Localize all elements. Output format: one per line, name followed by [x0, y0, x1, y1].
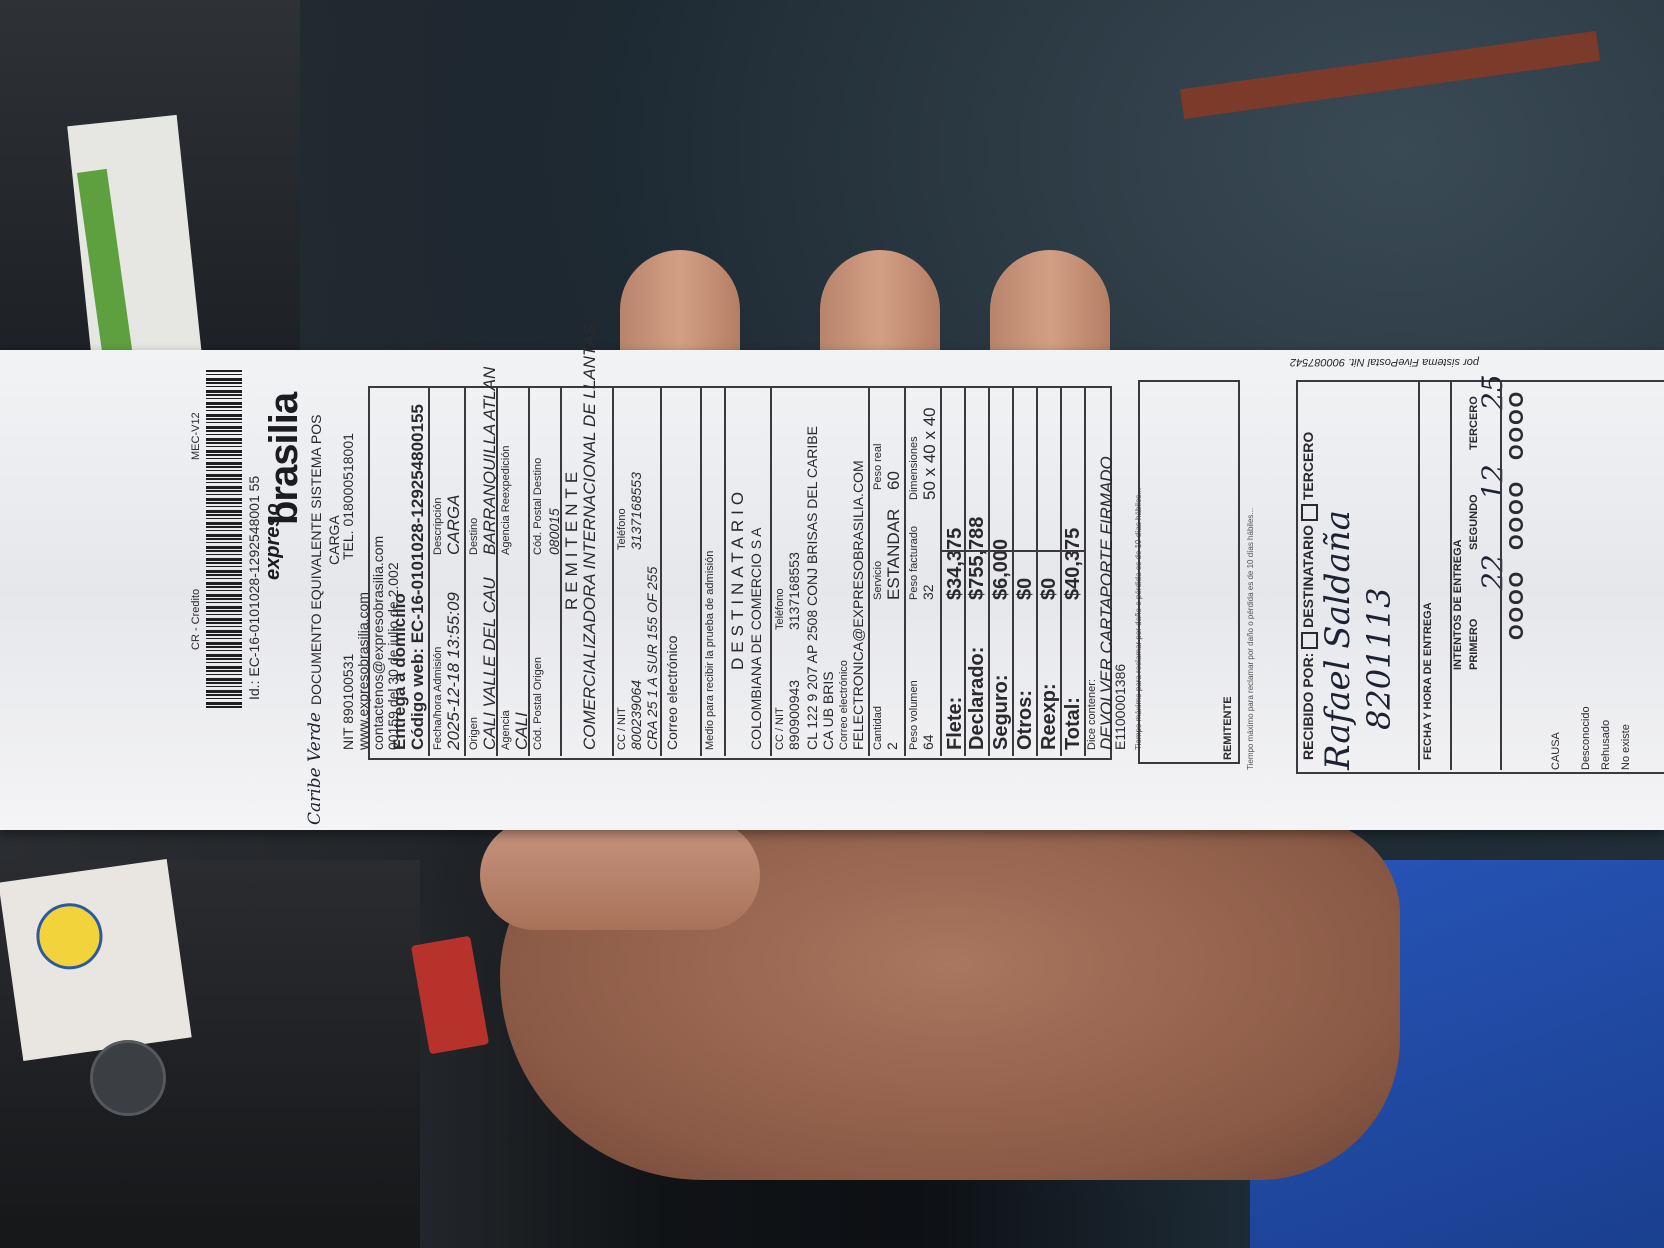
attempt-circles-2: OOOO: [1506, 480, 1529, 550]
recipient-phone-value: 3137168553: [786, 552, 802, 630]
dimensions-value: 50 x 40 x 40: [920, 407, 940, 500]
divider: [724, 386, 726, 756]
attempt-circles-1: OOOO: [1506, 570, 1529, 640]
real-weight-value: 60: [884, 471, 904, 490]
divider: [868, 386, 870, 756]
charge-value-other: $0: [1014, 578, 1037, 600]
divider: [528, 386, 530, 756]
payment-type: CR - Credito: [190, 589, 202, 650]
sender-email-label: Correo electrónico: [664, 636, 680, 750]
attempt-third-value: 25: [1476, 374, 1509, 410]
attempt-first-label: PRIMERO: [1468, 619, 1480, 670]
signature-id: 8201113: [1360, 587, 1398, 730]
divider: [612, 386, 614, 756]
company-phone: TEL. 018000518001: [340, 433, 356, 560]
cartoon-sticker: [0, 859, 192, 1061]
sender-name: COMERCIALIZADORA INTERNACIONAL DE LLANTA…: [580, 324, 600, 750]
sender-heading: REMITENTE: [562, 467, 582, 610]
sender-address: CRA 25 1 A SUR 155 OF 255: [644, 567, 660, 750]
origin-label: Origen: [468, 717, 480, 750]
radio-knob: [90, 1040, 166, 1116]
divider: [660, 386, 662, 756]
charge-label-other: Otros:: [1014, 690, 1037, 750]
attempts-heading: INTENTOS DE ENTREGA: [1452, 539, 1464, 670]
nit: NIT 890100531: [340, 654, 356, 750]
description-value: CARGA: [444, 495, 464, 555]
recipient-id-value: 890900943: [786, 680, 802, 750]
attempt-first-value: 22: [1476, 554, 1509, 590]
contents-reference: E1100001386: [1112, 664, 1128, 750]
real-weight-label: Peso real: [872, 444, 884, 490]
quantity-label: Cantidad: [872, 706, 884, 750]
handwritten-note: Caribe Verde: [305, 712, 325, 825]
charge-label-declared: Declarado:: [966, 647, 989, 750]
charge-value-reexp: $0: [1038, 578, 1061, 600]
recipient-heading: DESTINATARIO: [728, 487, 748, 670]
charge-value-declared: $755,788: [966, 517, 989, 600]
divider: [940, 386, 942, 756]
recipient-email-label: Correo electrónico: [838, 660, 850, 750]
divider: [428, 386, 430, 756]
postal-origin-label: Cód. Postal Origen: [532, 657, 544, 750]
recipient-id-label: CC / NIT: [774, 707, 786, 750]
vol-weight-label: Peso volumen: [908, 680, 920, 750]
sender-phone-value: 3137168553: [628, 472, 644, 550]
fineprint-2: Tiempo máximo para reclamar por daño o p…: [1246, 508, 1255, 770]
divider: [464, 386, 466, 756]
attempt-second-value: 12: [1476, 464, 1509, 500]
cause-refused: Rehusado: [1600, 720, 1612, 770]
form-code: MEC-V12: [190, 412, 202, 460]
attempt-second-label: SEGUNDO: [1468, 494, 1480, 550]
admission-label: Fecha/hora Admisión: [432, 647, 444, 750]
divider: [904, 386, 906, 756]
destination-label: Destino: [468, 518, 480, 555]
sender-box-label: REMITENTE: [1222, 696, 1234, 760]
divider: [1500, 380, 1502, 770]
description-label: Descripción: [432, 498, 444, 555]
doc-title: DOCUMENTO EQUIVALENTE SISTEMA POS: [308, 415, 324, 705]
dimensions-label: Dimensiones: [908, 436, 920, 500]
checkbox-recipient[interactable]: [1301, 632, 1318, 649]
cause-label: CAUSA: [1550, 732, 1562, 770]
signature: Rafael Saldaña: [1318, 510, 1358, 770]
recipient-phone-label: Teléfono: [774, 588, 786, 630]
receipt-id: Id.: EC-16-0101028-1292548001 55: [246, 476, 262, 700]
recipient-name: COLOMBIANA DE COMERCIO S A: [748, 528, 764, 751]
web-code: Código web: EC-16-0101028-129254800155: [408, 404, 428, 750]
sender-id-value: 800239064: [628, 680, 644, 750]
billed-weight-label: Peso facturado: [908, 526, 920, 600]
received-by: RECIBIDO POR: DESTINATARIO TERCERO: [1300, 432, 1318, 760]
charge-label-total: Total:: [1062, 697, 1085, 750]
quantity-value: 2: [884, 742, 900, 750]
proof-method-label: Medio para recibir la prueba de admisión: [704, 551, 716, 750]
delivery-type: Entrega a domicilio: [390, 593, 410, 750]
brand-logo: brasilia: [262, 393, 307, 525]
sender-phone-label: Teléfono: [616, 508, 628, 550]
charge-value-total: $40,375: [1062, 528, 1085, 600]
billed-weight-value: 32: [920, 584, 936, 600]
divider: [700, 386, 702, 756]
barcode: [206, 370, 242, 710]
divider: [496, 386, 498, 756]
charge-label-insurance: Seguro:: [990, 674, 1013, 750]
agency-label: Agencia: [500, 710, 512, 750]
cause-unknown: Desconocido: [1580, 706, 1592, 770]
checkbox-third-party[interactable]: [1301, 504, 1318, 521]
recipient-address: CL 122 9 207 AP 2508 CONJ BRISAS DEL CAR…: [804, 420, 836, 750]
delivery-datetime-label: FECHA Y HORA DE ENTREGA: [1422, 602, 1434, 760]
recipient-email-value: FELECTRONICA@EXPRESOBRASILIA.COM: [850, 460, 866, 750]
divider: [770, 386, 772, 756]
service-label: Servicio: [872, 561, 884, 600]
attempt-circles-3: OOOO: [1506, 390, 1529, 460]
divider: [940, 550, 1086, 552]
charge-label-reexp: Reexp:: [1038, 683, 1061, 750]
postal-dest-label: Cód. Postal Destino: [532, 458, 544, 555]
postal-license: por sistema FivePostal Nit. 900087542: [1290, 356, 1479, 368]
reexp-agency-label: Agencia Reexpedición: [500, 446, 512, 555]
service-value: ESTANDAR: [884, 509, 904, 600]
shipping-receipt: CR - Credito MEC-V12 Id.: EC-16-0101028-…: [0, 350, 1664, 830]
charge-value-insurance: $6,000: [990, 539, 1013, 600]
divider: [1418, 380, 1420, 770]
thumb: [480, 820, 760, 930]
cause-not-exist: No existe: [1620, 724, 1632, 770]
sender-id-label: CC / NIT: [616, 707, 628, 750]
vol-weight-value: 64: [920, 734, 936, 750]
admission-value: 2025-12-18 13:55:09: [444, 592, 464, 750]
